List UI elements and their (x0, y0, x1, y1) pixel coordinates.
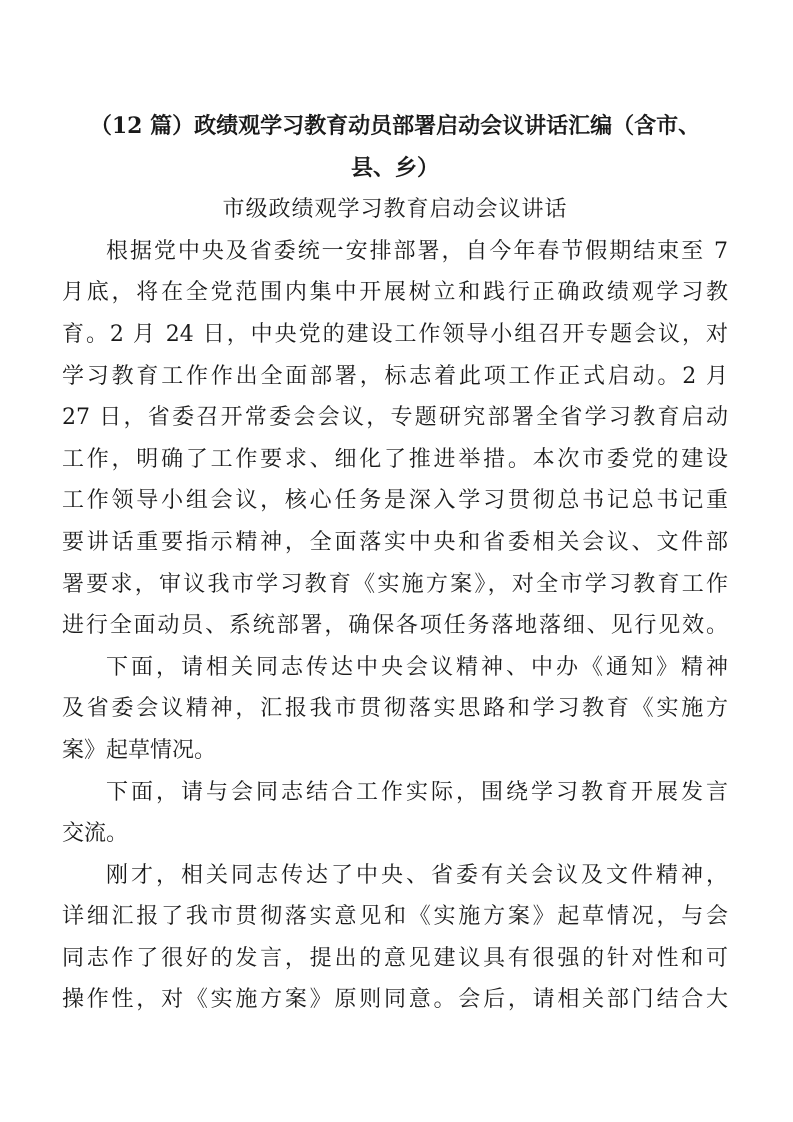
body-line: 工作，明确了工作要求、细化了推进举措。本次市委党的建设 (62, 439, 728, 481)
body-line: 要讲话重要指示精神，全面落实中央和省委相关会议、文件部 (62, 522, 728, 564)
section-heading: 市级政绩观学习教育启动会议讲话 (62, 189, 728, 231)
body-line: 案》起草情况。 (62, 730, 728, 772)
document-page: （12 篇）政绩观学习教育动员部署启动会议讲话汇编（含市、 县、乡） 市级政绩观… (0, 0, 793, 1122)
body-line: 详细汇报了我市贯彻落实意见和《实施方案》起草情况，与会 (62, 896, 728, 938)
body-line: 进行全面动员、系统部署，确保各项任务落地落细、见行见效。 (62, 605, 728, 647)
body-line: 下面，请相关同志传达中央会议精神、中办《通知》精神 (62, 647, 728, 689)
body-line: 学习教育工作作出全面部署，标志着此项工作正式启动。2 月 (62, 356, 728, 398)
body-line: 操作性，对《实施方案》原则同意。会后，请相关部门结合大 (62, 979, 728, 1021)
body-line: 刚才，相关同志传达了中央、省委有关会议及文件精神， (62, 855, 728, 897)
body-line: 育。2 月 24 日，中央党的建设工作领导小组召开专题会议，对 (62, 314, 728, 356)
body-line: 署要求，审议我市学习教育《实施方案》，对全市学习教育工作 (62, 564, 728, 606)
body-line: 及省委会议精神，汇报我市贯彻落实思路和学习教育《实施方 (62, 688, 728, 730)
body-line: 根据党中央及省委统一安排部署，自今年春节假期结束至 7 (62, 231, 728, 273)
body-line: 月底，将在全党范围内集中开展树立和践行正确政绩观学习教 (62, 272, 728, 314)
document-title: （12 篇）政绩观学习教育动员部署启动会议讲话汇编（含市、 县、乡） (62, 106, 728, 189)
body-line: 同志作了很好的发言，提出的意见建议具有很强的针对性和可 (62, 938, 728, 980)
document-title-line-2: 县、乡） (62, 148, 728, 190)
body-line: 工作领导小组会议，核心任务是深入学习贯彻总书记总书记重 (62, 480, 728, 522)
body-line: 交流。 (62, 813, 728, 855)
document-body: 根据党中央及省委统一安排部署，自今年春节假期结束至 7 月底，将在全党范围内集中… (62, 231, 728, 1021)
body-line: 27 日，省委召开常委会会议，专题研究部署全省学习教育启动 (62, 397, 728, 439)
body-line: 下面，请与会同志结合工作实际，围绕学习教育开展发言 (62, 772, 728, 814)
document-title-line-1: （12 篇）政绩观学习教育动员部署启动会议讲话汇编（含市、 (62, 106, 728, 148)
